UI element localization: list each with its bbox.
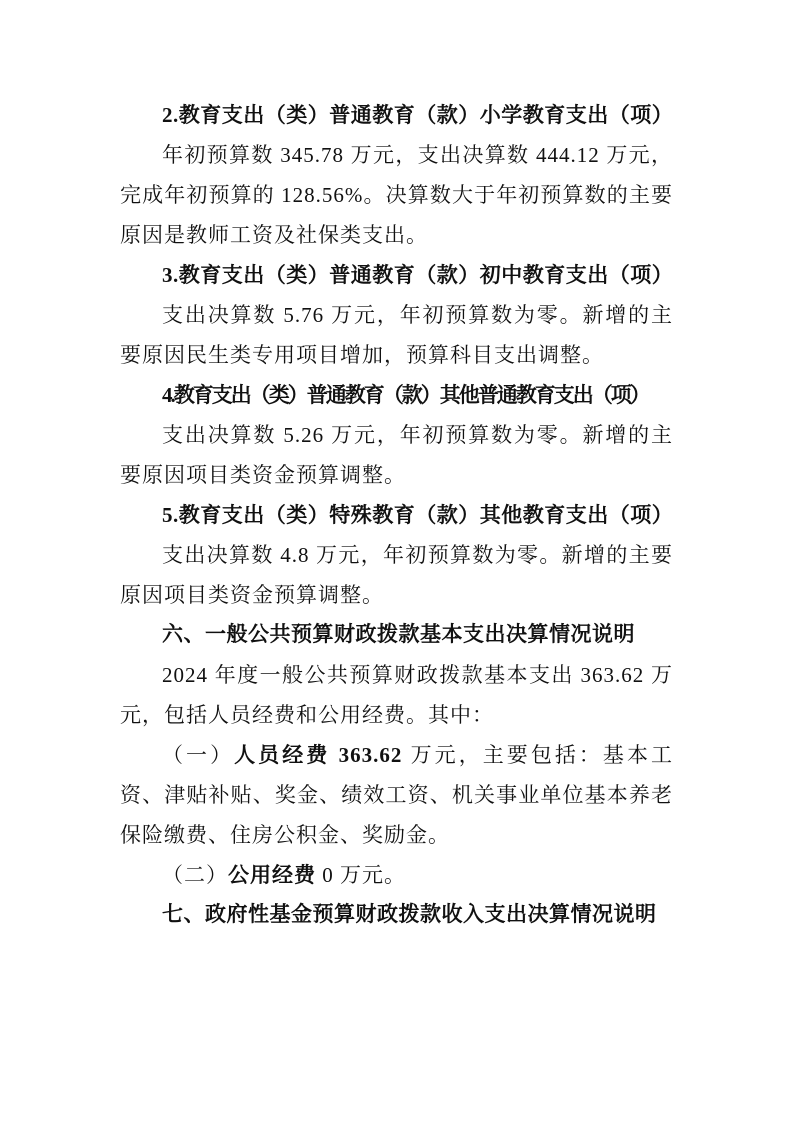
section-6-item-1-personnel-funds: （一）人员经费 363.62 万元，主要包括：基本工资、津贴补贴、奖金、绩效工资…: [120, 735, 673, 855]
section-3-body-paragraph: 支出决算数 5.76 万元，年初预算数为零。新增的主要原因民生类专用项目增加，预…: [120, 295, 673, 375]
section-heading-3-junior-high-education: 3.教育支出（类）普通教育（款）初中教育支出（项）: [120, 255, 673, 295]
section-heading-4-other-general-education: 4.教育支出（类）普通教育（款）其他普通教育支出（项）: [120, 375, 673, 415]
document-page: 2.教育支出（类）普通教育（款）小学教育支出（项） 年初预算数 345.78 万…: [0, 0, 793, 1122]
section-6-item-2-public-funds: （二）公用经费 0 万元。: [120, 855, 673, 895]
section-heading-2-primary-education: 2.教育支出（类）普通教育（款）小学教育支出（项）: [120, 95, 673, 135]
section-heading-7-government-fund-budget: 七、政府性基金预算财政拨款收入支出决算情况说明: [120, 895, 673, 935]
item-1-prefix: （一）: [162, 743, 234, 767]
item-2-public-funds-label: 公用经费: [228, 863, 316, 887]
section-6-body-paragraph: 2024 年度一般公共预算财政拨款基本支出 363.62 万元，包括人员经费和公…: [120, 655, 673, 735]
section-4-body-paragraph: 支出决算数 5.26 万元，年初预算数为零。新增的主要原因项目类资金预算调整。: [120, 415, 673, 495]
item-1-personnel-funds-amount: 人员经费 363.62: [234, 743, 402, 767]
section-heading-6-basic-expenditure: 六、一般公共预算财政拨款基本支出决算情况说明: [120, 615, 673, 655]
document-text-block: 2.教育支出（类）普通教育（款）小学教育支出（项） 年初预算数 345.78 万…: [120, 95, 673, 935]
item-2-prefix: （二）: [162, 863, 228, 887]
item-2-amount-text: 0 万元。: [316, 863, 406, 887]
section-heading-5-special-education: 5.教育支出（类）特殊教育（款）其他教育支出（项）: [120, 495, 673, 535]
section-2-body-paragraph: 年初预算数 345.78 万元，支出决算数 444.12 万元，完成年初预算的 …: [120, 135, 673, 255]
section-5-body-paragraph: 支出决算数 4.8 万元，年初预算数为零。新增的主要原因项目类资金预算调整。: [120, 535, 673, 615]
